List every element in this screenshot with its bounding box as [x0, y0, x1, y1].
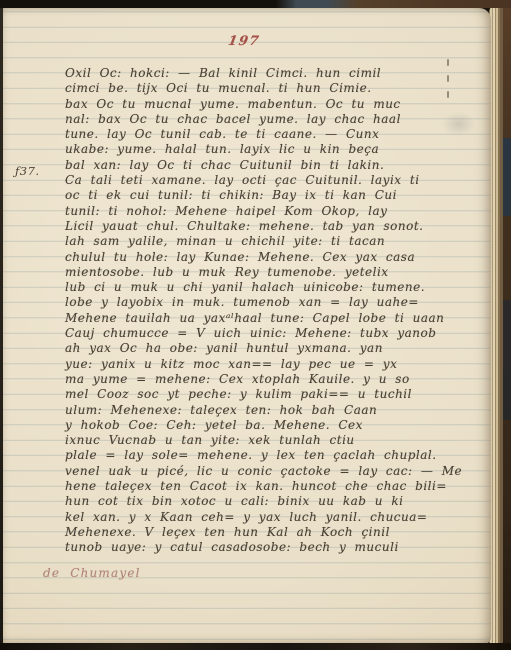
manuscript-line: Mehene tauilah ua yaxᵃˡhaal tune: Capel …	[65, 311, 465, 326]
photo-top-edge	[0, 0, 511, 8]
manuscript-line: mientosobe. lub u muk Rey tumenobe. yete…	[65, 265, 465, 280]
manuscript-line: tune. lay Oc tunil cab. te ti caane. — C…	[65, 127, 465, 142]
manuscript-line: Licil yauat chul. Chultake: mehene. tab …	[65, 219, 465, 234]
manuscript-page: 197 ƒ37. Oxil Oc: hokci: — Bal kinil Cim…	[2, 8, 491, 644]
manuscript-line: mel Cooz soc yt peche: y kulim paki== u …	[65, 387, 465, 402]
manuscript-line: kel xan. y x Kaan ceh= y yax luch yanil.…	[65, 510, 465, 525]
manuscript-line: oc ti ek cui tunil: ti chikin: Bay ix ti…	[65, 188, 465, 203]
manuscript-photo: 197 ƒ37. Oxil Oc: hokci: — Bal kinil Cim…	[0, 0, 511, 650]
section-mark: ƒ37.	[15, 164, 40, 178]
manuscript-line: ah yax Oc ha obe: yanil huntul yxmana. y…	[65, 341, 465, 356]
pencil-tick-mark	[447, 75, 449, 82]
manuscript-line: plale = lay sole= mehene. y lex ten çacl…	[65, 448, 465, 463]
pencil-tick-mark	[447, 91, 449, 98]
manuscript-line: ukabe: yume. halal tun. layix lic u kin …	[65, 142, 465, 157]
manuscript-line: bax Oc tu mucnal yume. mabentun. Oc tu m…	[65, 97, 465, 112]
manuscript-line: bal xan: lay Oc ti chac Cuitunil bin ti …	[65, 158, 465, 173]
manuscript-line: Mehenexe. V leçex ten hun Kal ah Koch çi…	[65, 525, 465, 540]
pencil-tick-mark	[447, 59, 449, 66]
manuscript-line: y hokob Coe: Ceh: yetel ba. Mehene. Cex	[65, 418, 465, 433]
manuscript-line: hene taleçex ten Cacot ix kan. huncot ch…	[65, 479, 465, 494]
manuscript-line: ulum: Mehenexe: taleçex ten: hok bah Caa…	[65, 403, 465, 418]
manuscript-line: ixnuc Vucnab u tan yite: xek tunlah ctiu	[65, 433, 465, 448]
manuscript-line: lub ci u muk u chi yanil halach uinicobe…	[65, 280, 465, 295]
manuscript-line: cimci be. tijx Oci tu mucnal. ti hun Cim…	[65, 81, 465, 96]
manuscript-line: lobe y layobix in muk. tumenob xan = lay…	[65, 295, 465, 310]
photo-left-edge	[0, 8, 3, 643]
manuscript-line: Ca tali teti xamane. lay octi çac Cuitun…	[65, 173, 465, 188]
manuscript-line: venel uak u picé, lic u conic çactoke = …	[65, 464, 465, 479]
cover-dark-patch	[502, 300, 511, 420]
manuscript-line: nal: bax Oc tu chac bacel yume. lay chac…	[65, 112, 465, 127]
photo-bottom-edge	[0, 643, 511, 650]
manuscript-line: ma yume = mehene: Cex xtoplah Kauile. y …	[65, 372, 465, 387]
folio-number: 197	[213, 34, 276, 49]
page-fore-edge-stack	[489, 6, 503, 645]
manuscript-line: tunob uaye: y catul casadosobe: bech y m…	[65, 540, 465, 555]
manuscript-line: Oxil Oc: hokci: — Bal kinil Cimci. hun c…	[65, 66, 465, 81]
manuscript-line: chulul tu hole: lay Kunae: Mehene. Cex y…	[65, 250, 465, 265]
text-block: Oxil Oc: hokci: — Bal kinil Cimci. hun c…	[65, 66, 465, 556]
manuscript-line: lah sam yalile, minan u chichil yite: ti…	[65, 234, 465, 249]
manuscript-line: yue: yanix u kitz moc xan== lay pec ue =…	[65, 357, 465, 372]
bottom-margin-note: de Chumayel	[43, 566, 141, 580]
manuscript-line: hun cot tix bin xotoc u cali: binix uu k…	[65, 494, 465, 509]
margin-tick-marks	[447, 59, 451, 119]
manuscript-line: tunil: ti nohol: Mehene haipel Kom Okop,…	[65, 204, 465, 219]
manuscript-line: Cauj chumucce = V uich uinic: Mehene: tu…	[65, 326, 465, 341]
